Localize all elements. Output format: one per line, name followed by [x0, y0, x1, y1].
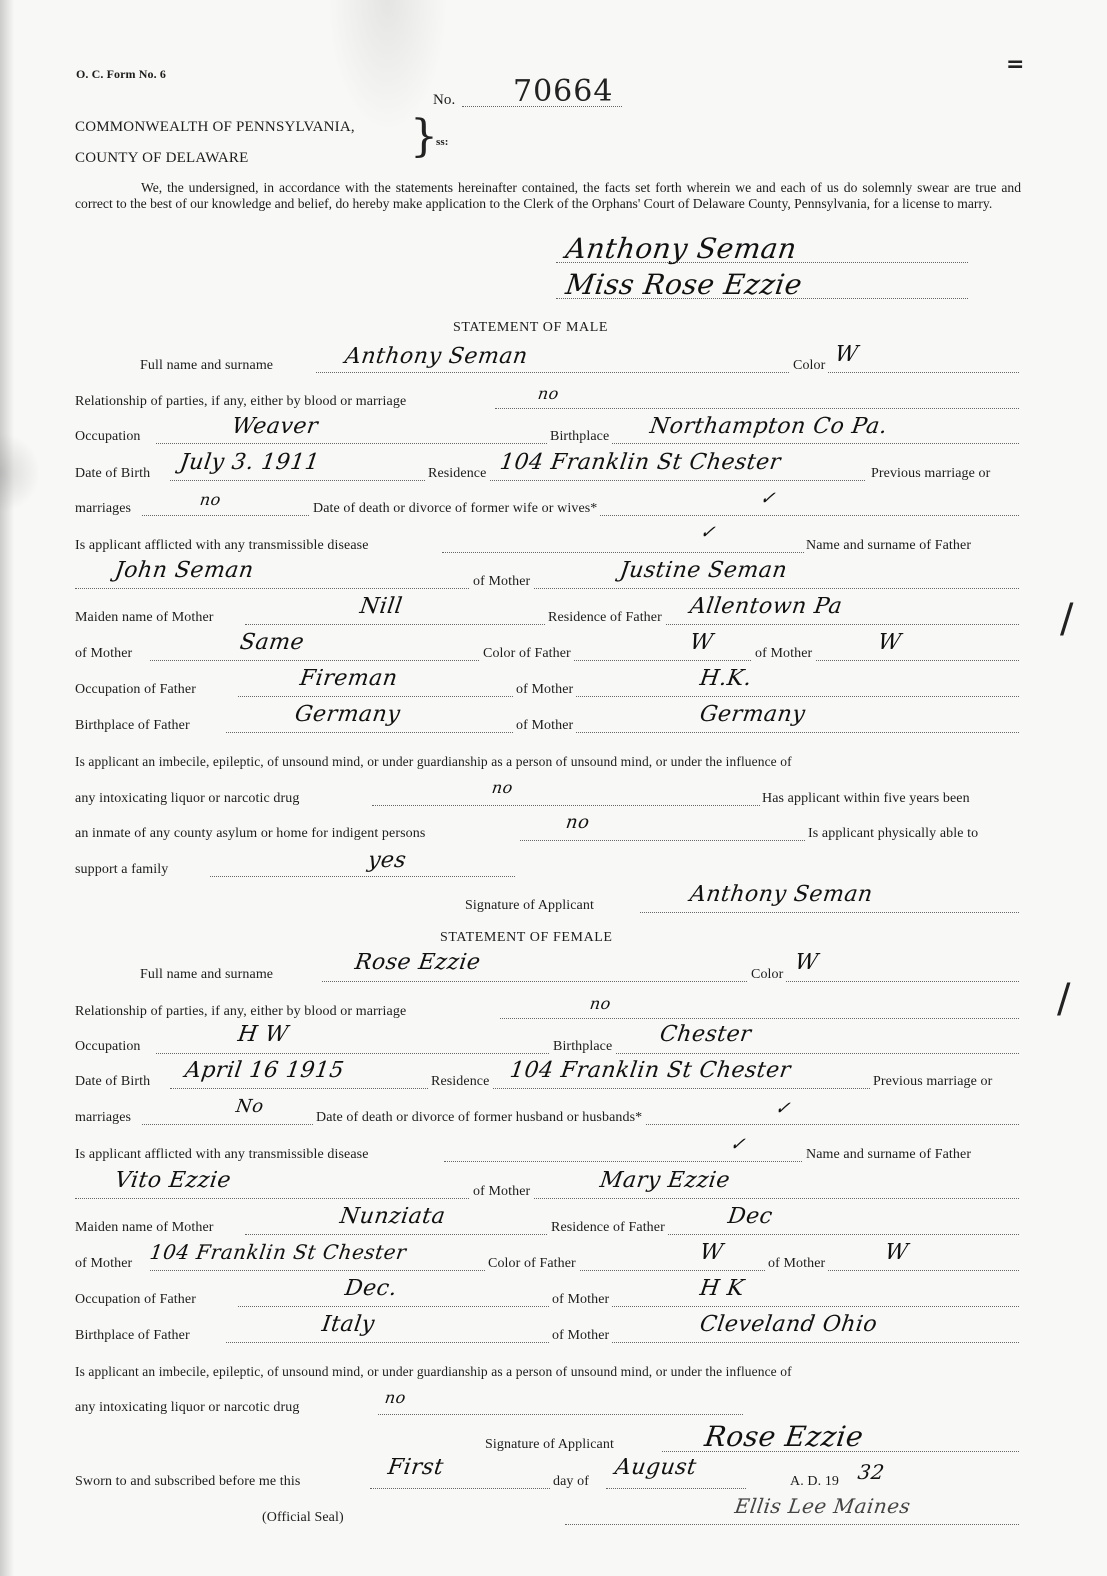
top-signature-male: Anthony Seman: [564, 232, 799, 265]
male-inmate-line: [520, 840, 805, 841]
female-occupation-father-value: Dec.: [343, 1276, 398, 1301]
male-occupation-father-value: Fireman: [298, 666, 399, 691]
female-birthplace-label: Birthplace: [550, 1039, 615, 1055]
male-color-value: W: [833, 342, 860, 367]
female-divorce-label: Date of death or divorce of former husba…: [313, 1110, 645, 1126]
male-inmate-value: no: [565, 812, 591, 833]
male-support-family-label: support a family: [75, 862, 168, 878]
female-birthplace-father-value: Italy: [320, 1312, 376, 1337]
sworn-day-line: [370, 1488, 550, 1489]
sworn-day-of-label: day of: [553, 1474, 589, 1490]
female-full-name-label: Full name and surname: [140, 967, 273, 983]
male-inmate-label: an inmate of any county asylum or home f…: [75, 826, 425, 842]
female-occupation-value: H W: [236, 1022, 290, 1047]
male-residence-father-label: Residence of Father: [545, 610, 665, 626]
male-support-family-value: yes: [366, 848, 408, 873]
male-full-name-line: [316, 372, 1019, 373]
male-residence-label: Residence: [425, 466, 489, 482]
male-color-label: Color: [790, 358, 828, 374]
male-residence-mother-value: Same: [238, 630, 306, 655]
female-mother-maiden-value: Nunziata: [338, 1204, 447, 1229]
margin-check-mark: /: [1057, 976, 1070, 1022]
female-disease-value: ✓: [729, 1134, 748, 1155]
female-color-label: Color: [748, 967, 786, 983]
female-marriages-label: marriages: [75, 1110, 131, 1126]
male-birthplace-label: Birthplace: [547, 429, 612, 445]
male-intoxicating-value: no: [491, 778, 515, 797]
male-previous-marriage-label: Previous marriage or: [871, 466, 990, 482]
sworn-label: Sworn to and subscribed before me this: [75, 1474, 300, 1490]
female-relationship-line: [500, 1018, 1019, 1019]
license-number-label: No.: [433, 92, 455, 109]
female-disease-line: [444, 1161, 802, 1162]
male-father-name-value: John Seman: [113, 558, 255, 583]
female-residence-father-value: Dec: [726, 1204, 774, 1229]
male-asylum-question: Has applicant within five years been: [762, 791, 970, 807]
female-color-mother-label: of Mother: [765, 1256, 828, 1272]
male-physically-able-label: Is applicant physically able to: [808, 826, 978, 842]
male-relationship-value: no: [537, 384, 561, 403]
female-residence-label: Residence: [428, 1074, 492, 1090]
male-birthplace-father-value: Germany: [293, 702, 402, 727]
sworn-month-value: August: [613, 1455, 698, 1480]
male-intoxicating-line: [372, 805, 760, 806]
female-dob-line: [170, 1088, 870, 1089]
clerk-signature-line: [565, 1524, 1019, 1525]
female-imbecile-question: Is applicant an imbecile, epileptic, of …: [75, 1364, 792, 1380]
male-support-family-line: [210, 876, 515, 877]
female-birthplace-value: Chester: [658, 1022, 753, 1047]
female-birthplace-mother-label: of Mother: [549, 1328, 612, 1344]
male-section-heading: STATEMENT OF MALE: [453, 320, 608, 336]
female-section-heading: STATEMENT OF FEMALE: [440, 930, 613, 946]
female-occupation-mother-value: H K: [698, 1276, 746, 1301]
ss-label: ss:: [436, 136, 449, 148]
female-intoxicating-label: any intoxicating liquor or narcotic drug: [75, 1400, 299, 1416]
female-father-name-value: Vito Ezzie: [113, 1168, 232, 1193]
corner-mark: =: [1006, 52, 1024, 77]
male-intoxicating-label: any intoxicating liquor or narcotic drug: [75, 791, 299, 807]
male-color-mother-label: of Mother: [752, 646, 815, 662]
male-marriages-label: marriages: [75, 501, 131, 517]
male-residence-father-value: Allentown Pa: [688, 594, 844, 619]
male-residence-value: 104 Franklin St Chester: [498, 450, 782, 475]
male-disease-value: ✓: [699, 522, 718, 543]
county-line: COUNTY OF DELAWARE: [75, 150, 249, 167]
male-mother-maiden-value: Nill: [358, 594, 404, 619]
male-birthplace-mother-label: of Mother: [513, 718, 576, 734]
male-maiden-name-label: Maiden name of Mother: [75, 610, 214, 626]
sworn-month-line: [606, 1488, 746, 1489]
male-color-mother-value: W: [876, 630, 903, 655]
female-maiden-name-label: Maiden name of Mother: [75, 1220, 214, 1236]
top-signature-female: Miss Rose Ezzie: [564, 268, 805, 301]
scan-edge-shadow: [0, 0, 14, 1576]
female-intoxicating-line: [378, 1414, 743, 1415]
male-birthplace-father-label: Birthplace of Father: [75, 718, 190, 734]
male-divorce-label: Date of death or divorce of former wife …: [310, 501, 600, 517]
female-disease-label: Is applicant afflicted with any transmis…: [75, 1147, 369, 1163]
male-residence-mother-line: [150, 660, 1019, 661]
female-color-value: W: [793, 950, 820, 975]
female-mother-name-value: Mary Ezzie: [598, 1168, 731, 1193]
male-signature-line: [640, 912, 1019, 913]
marriage-license-application: O. C. Form No. 6 = No. 70664 COMMONWEALT…: [0, 0, 1107, 1576]
male-signature-label: Signature of Applicant: [465, 898, 594, 914]
male-residence-mother-label: of Mother: [75, 646, 132, 662]
male-marriages-value: no: [199, 490, 223, 509]
male-color-father-value: W: [688, 630, 715, 655]
male-birthplace-mother-value: Germany: [698, 702, 807, 727]
male-full-name-label: Full name and surname: [140, 358, 273, 374]
license-number: 70664: [513, 74, 613, 109]
sworn-day-value: First: [386, 1455, 445, 1480]
male-occupation-father-line: [238, 696, 1019, 697]
male-relationship-label: Relationship of parties, if any, either …: [75, 394, 406, 410]
female-dob-value: April 16 1915: [183, 1058, 346, 1083]
female-occupation-father-label: Occupation of Father: [75, 1292, 196, 1308]
female-divorce-value: ✓: [774, 1098, 793, 1119]
official-seal-label: (Official Seal): [262, 1510, 344, 1526]
female-residence-value: 104 Franklin St Chester: [508, 1058, 792, 1083]
male-occupation-label: Occupation: [75, 429, 141, 445]
female-full-name-line: [322, 981, 1019, 982]
female-signature-value: Rose Ezzie: [703, 1420, 866, 1453]
male-dob-value: July 3. 1911: [178, 450, 321, 475]
female-occupation-mother-label: of Mother: [549, 1292, 612, 1308]
male-occupation-father-label: Occupation of Father: [75, 682, 196, 698]
sworn-year-value: 32: [856, 1460, 886, 1484]
female-marriages-value: No: [235, 1096, 266, 1117]
female-signature-label: Signature of Applicant: [485, 1437, 614, 1453]
male-relationship-line: [495, 408, 1019, 409]
female-birthplace-father-label: Birthplace of Father: [75, 1328, 190, 1344]
male-birthplace-value: Northampton Co Pa.: [648, 414, 889, 439]
female-residence-father-label: Residence of Father: [548, 1220, 668, 1236]
female-color-father-label: Color of Father: [485, 1256, 579, 1272]
female-residence-mother-value: 104 Franklin St Chester: [148, 1240, 408, 1264]
state-line: COMMONWEALTH OF PENNSYLVANIA,: [75, 119, 355, 136]
male-full-name-value: Anthony Seman: [343, 344, 529, 369]
female-birthplace-mother-value: Cleveland Ohio: [698, 1312, 879, 1337]
male-father-name-line: [75, 588, 1019, 589]
female-occupation-label: Occupation: [75, 1039, 141, 1055]
female-relationship-value: no: [589, 994, 613, 1013]
sworn-ad-label: A. D. 19: [790, 1474, 839, 1490]
female-color-mother-value: W: [883, 1240, 910, 1265]
female-residence-mother-label: of Mother: [75, 1256, 132, 1272]
male-mother-name-value: Justine Seman: [618, 558, 789, 583]
margin-check-mark: /: [1060, 596, 1073, 642]
male-occupation-mother-label: of Mother: [513, 682, 576, 698]
brace-icon: }: [410, 115, 438, 159]
male-signature-value: Anthony Seman: [688, 882, 874, 907]
female-occupation-father-line: [238, 1306, 1019, 1307]
form-number: O. C. Form No. 6: [76, 67, 166, 82]
male-occupation-value: Weaver: [230, 414, 319, 439]
female-intoxicating-value: no: [384, 1388, 408, 1407]
female-of-mother-label: of Mother: [470, 1184, 533, 1200]
female-previous-marriage-label: Previous marriage or: [873, 1074, 992, 1090]
female-residence-mother-line: [150, 1270, 1019, 1271]
male-disease-label: Is applicant afflicted with any transmis…: [75, 538, 369, 554]
male-father-name-label: Name and surname of Father: [806, 538, 971, 554]
male-occupation-mother-value: H.K.: [698, 666, 753, 691]
male-dob-label: Date of Birth: [75, 466, 150, 482]
male-birthplace-father-line: [226, 732, 1019, 733]
female-father-name-label: Name and surname of Father: [806, 1147, 971, 1163]
female-full-name-value: Rose Ezzie: [353, 950, 482, 975]
male-of-mother-label: of Mother: [470, 574, 533, 590]
female-relationship-label: Relationship of parties, if any, either …: [75, 1004, 406, 1020]
female-dob-label: Date of Birth: [75, 1074, 150, 1090]
female-birthplace-father-line: [226, 1342, 1019, 1343]
clerk-signature-value: Ellis Lee Maines: [733, 1494, 912, 1518]
male-dob-line: [170, 480, 865, 481]
female-color-father-value: W: [698, 1240, 725, 1265]
female-father-name-line: [75, 1198, 1019, 1199]
oath-paragraph: We, the undersigned, in accordance with …: [75, 180, 1021, 212]
male-color-father-label: Color of Father: [480, 646, 574, 662]
male-disease-line: [442, 552, 804, 553]
male-divorce-value: ✓: [759, 488, 778, 509]
male-imbecile-question: Is applicant an imbecile, epileptic, of …: [75, 754, 792, 770]
